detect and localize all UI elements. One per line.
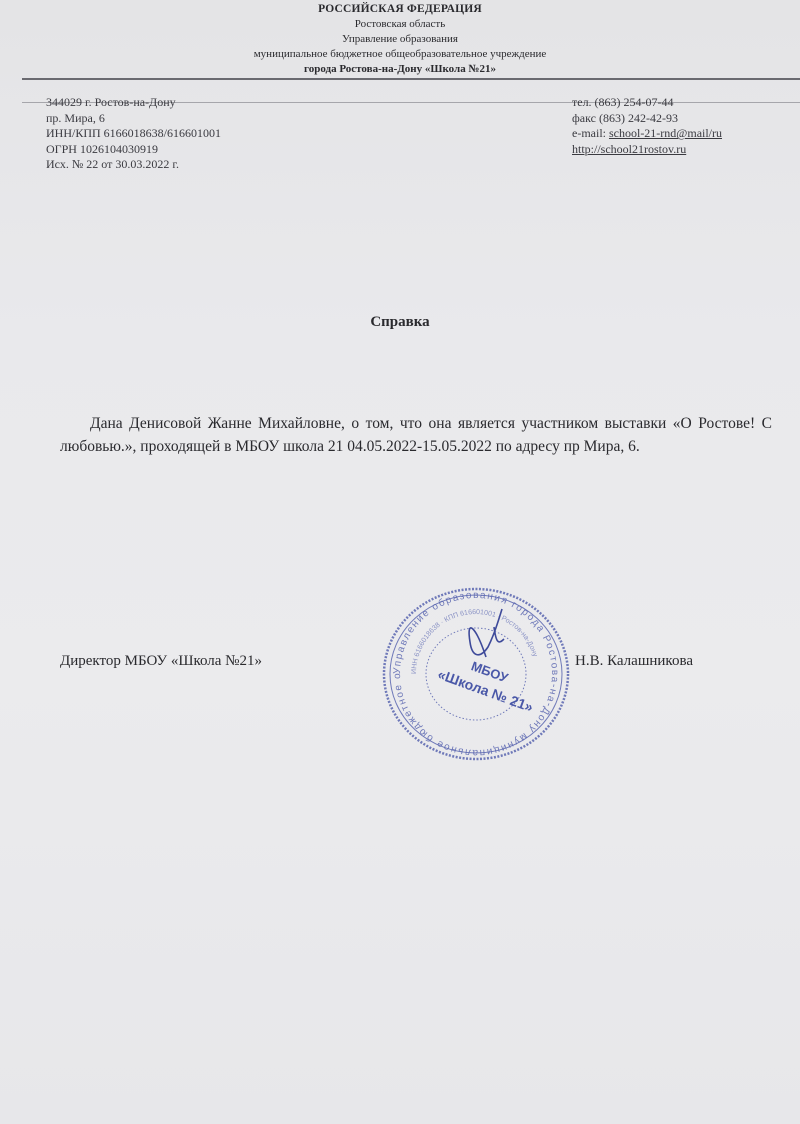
letterhead-divider bbox=[22, 78, 800, 80]
signature-name: Н.В. Калашникова bbox=[575, 653, 693, 670]
email-link[interactable]: school-21-rnd@mail/ru bbox=[609, 126, 722, 140]
phone: тел. (863) 254-07-44 bbox=[572, 95, 722, 111]
signature-position: Директор МБОУ «Школа №21» bbox=[60, 653, 262, 670]
requisites-right: тел. (863) 254-07-44 факс (863) 242-42-9… bbox=[572, 95, 722, 157]
website-link[interactable]: http://school21rostov.ru bbox=[572, 142, 722, 158]
letterhead-institution-name: города Ростова-на-Дону «Школа №21» bbox=[0, 62, 800, 77]
svg-text:Управление образования города: Управление образования города Ростова-на… bbox=[376, 587, 560, 758]
address-city: 344029 г. Ростов-на-Дону bbox=[46, 95, 221, 111]
email-label: e-mail: bbox=[572, 126, 609, 140]
email-line: e-mail: school-21-rnd@mail/ru bbox=[572, 126, 722, 142]
document-title: Справка bbox=[0, 314, 800, 331]
letterhead-institution-type: муниципальное бюджетное общеобразователь… bbox=[0, 47, 800, 62]
fax: факс (863) 242-42-93 bbox=[572, 111, 722, 127]
outgoing-number: Исх. № 22 от 30.03.2022 г. bbox=[46, 157, 221, 173]
address-street: пр. Мира, 6 bbox=[46, 111, 221, 127]
document-page: РОССИЙСКАЯ ФЕДЕРАЦИЯ Ростовская область … bbox=[0, 0, 800, 1124]
stamp-ring-text: Управление образования города Ростова-на… bbox=[376, 587, 560, 758]
letterhead-country: РОССИЙСКАЯ ФЕДЕРАЦИЯ bbox=[0, 2, 800, 17]
letterhead: РОССИЙСКАЯ ФЕДЕРАЦИЯ Ростовская область … bbox=[0, 2, 800, 77]
letterhead-region: Ростовская область bbox=[0, 17, 800, 32]
document-body: Дана Денисовой Жанне Михайловне, о том, … bbox=[60, 412, 772, 458]
inn-kpp: ИНН/КПП 6166018638/616601001 bbox=[46, 126, 221, 142]
ogrn: ОГРН 1026104030919 bbox=[46, 142, 221, 158]
requisites-left: 344029 г. Ростов-на-Дону пр. Мира, 6 ИНН… bbox=[46, 95, 221, 173]
official-stamp-icon: Управление образования города Ростова-на… bbox=[376, 587, 576, 762]
letterhead-department: Управление образования bbox=[0, 32, 800, 47]
